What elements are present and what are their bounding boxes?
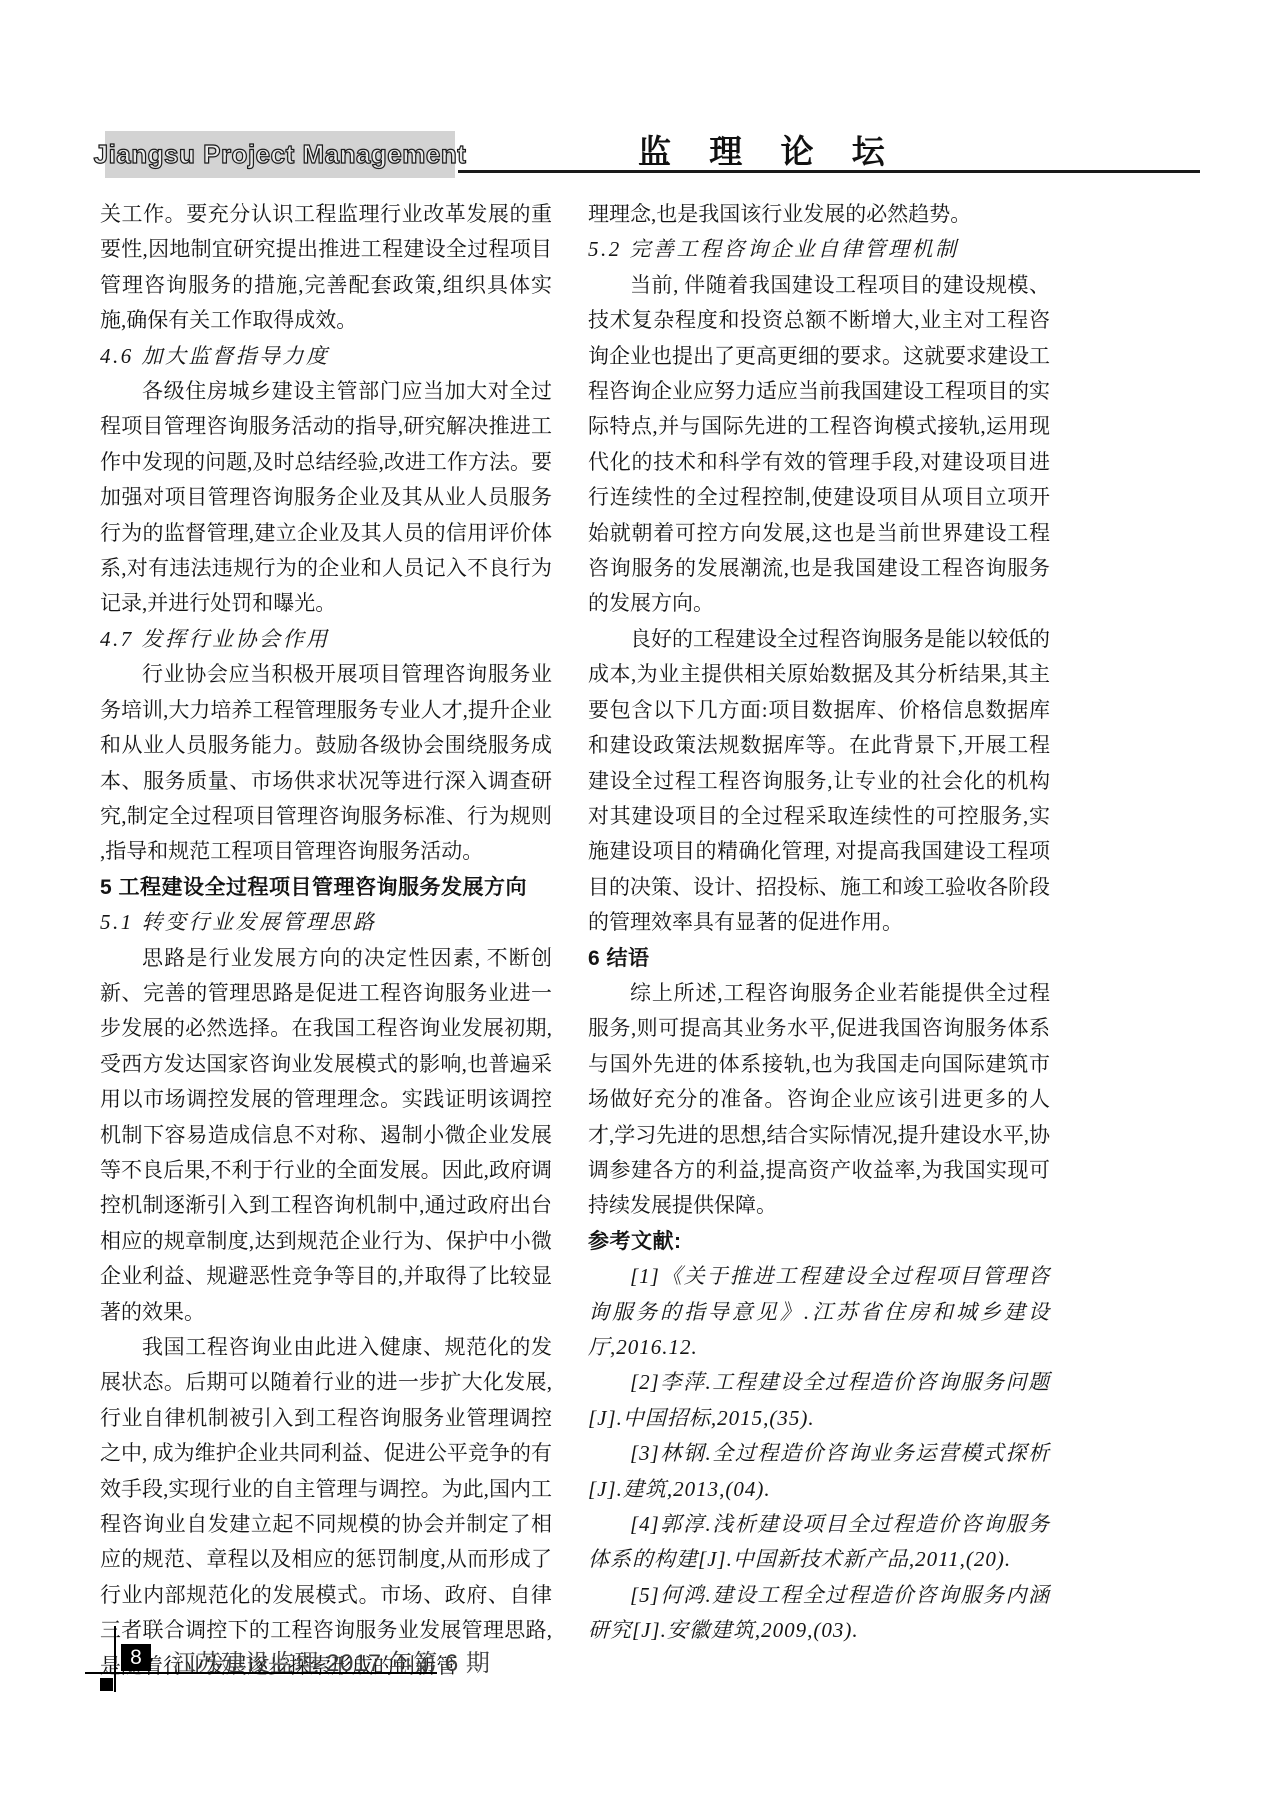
reference-item: [4]郭淳.浅析建设项目全过程造价咨询服务体系的构建[J].中国新技术新产品,2… bbox=[588, 1507, 1050, 1578]
paragraph: 行业协会应当积极开展项目管理咨询服务业务培训,大力培养工程管理服务专业人才,提升… bbox=[100, 657, 552, 869]
journal-page: Jiangsu Project Management 监 理 论 坛 关工作。要… bbox=[0, 0, 1275, 1809]
reference-item: [1]《关于推进工程建设全过程项目管理咨询服务的指导意见》.江苏省住房和城乡建设… bbox=[588, 1259, 1050, 1365]
journal-name-en: Jiangsu Project Management bbox=[94, 139, 467, 170]
page-number: 8 bbox=[130, 1646, 142, 1670]
section-heading: 5.2 完善工程咨询企业自律管理机制 bbox=[588, 232, 1050, 267]
paragraph: 关工作。要充分认识工程监理行业改革发展的重要性,因地制宜研究提出推进工程建设全过… bbox=[100, 197, 552, 339]
paragraph: 理理念,也是我国该行业发展的必然趋势。 bbox=[588, 197, 1050, 232]
journal-name-banner: Jiangsu Project Management bbox=[105, 131, 455, 178]
paragraph: 各级住房城乡建设主管部门应当加大对全过程项目管理咨询服务活动的指导,研究解决推进… bbox=[100, 374, 552, 622]
paragraph: 综上所述,工程咨询服务企业若能提供全过程服务,则可提高其业务水平,促进我国咨询服… bbox=[588, 976, 1050, 1224]
section-heading: 5 工程建设全过程项目管理咨询服务发展方向 bbox=[100, 870, 552, 905]
right-column: 理理念,也是我国该行业发展的必然趋势。5.2 完善工程咨询企业自律管理机制当前,… bbox=[588, 197, 1050, 1684]
paragraph: 良好的工程建设全过程咨询服务是能以较低的成本,为业主提供相关原始数据及其分析结果… bbox=[588, 622, 1050, 941]
section-heading: 4.6 加大监督指导力度 bbox=[100, 339, 552, 374]
section-heading: 4.7 发挥行业协会作用 bbox=[100, 622, 552, 657]
section-heading: 5.1 转变行业发展管理思路 bbox=[100, 905, 552, 940]
section-heading: 6 结语 bbox=[588, 941, 1050, 976]
header-rule bbox=[458, 170, 1200, 173]
reference-item: [5]何鸿.建设工程全过程造价咨询服务内涵研究[J].安徽建筑,2009,(03… bbox=[588, 1578, 1050, 1649]
reference-item: [2]李萍.工程建设全过程造价咨询服务问题[J].中国招标,2015,(35). bbox=[588, 1365, 1050, 1436]
footer-horizontal-rule bbox=[85, 1672, 437, 1674]
paragraph: 我国工程咨询业由此进入健康、规范化的发展状态。后期可以随着行业的进一步扩大化发展… bbox=[100, 1330, 552, 1684]
footer-vertical-rule bbox=[114, 1626, 116, 1692]
paragraph: 当前, 伴随着我国建设工程项目的建设规模、技术复杂程度和投资总额不断增大,业主对… bbox=[588, 268, 1050, 622]
footer-square-mark bbox=[100, 1678, 113, 1691]
article-body: 关工作。要充分认识工程监理行业改革发展的重要性,因地制宜研究提出推进工程建设全过… bbox=[100, 197, 1050, 1684]
section-title: 监 理 论 坛 bbox=[638, 126, 900, 173]
left-column: 关工作。要充分认识工程监理行业改革发展的重要性,因地制宜研究提出推进工程建设全过… bbox=[100, 197, 552, 1684]
section-heading: 参考文献: bbox=[588, 1224, 1050, 1259]
reference-item: [3]林钢.全过程造价咨询业务运营模式探析[J].建筑,2013,(04). bbox=[588, 1436, 1050, 1507]
paragraph: 思路是行业发展方向的决定性因素, 不断创新、完善的管理思路是促进工程咨询服务业进… bbox=[100, 941, 552, 1330]
page-number-box: 8 bbox=[121, 1644, 151, 1671]
